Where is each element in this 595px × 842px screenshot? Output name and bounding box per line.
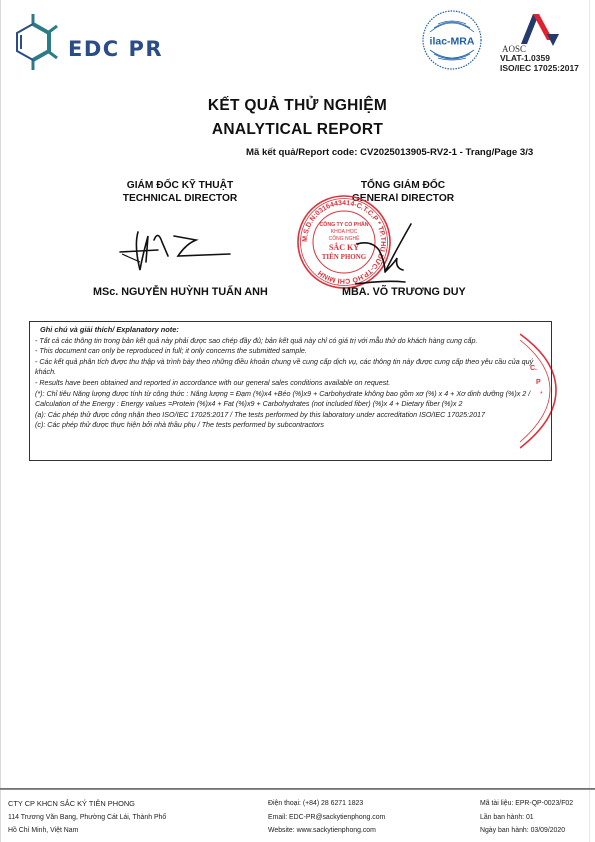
note-line: (a): Các phép thử được công nhận theo IS… — [35, 410, 546, 421]
email: Email: EDC-PR@sackytienphong.com — [268, 811, 385, 825]
title-vietnamese: KẾT QUẢ THỬ NGHIỆM — [0, 97, 595, 115]
footer-document-info: Mã tài liệu: EPR-QP-0023/F02 Lần ban hàn… — [480, 797, 573, 838]
technical-director-title: GIÁM ĐỐC KỸ THUẬT TECHNICAL DIRECTOR — [110, 179, 250, 205]
website: Website: www.sackytienphong.com — [268, 824, 385, 838]
company-logo: EDC PR — [10, 12, 180, 72]
title-vn: GIÁM ĐỐC KỸ THUẬT — [110, 179, 250, 192]
document-code: Mã tài liệu: EPR-QP-0023/F02 — [480, 797, 573, 811]
general-director-name: MBA. VÕ TRƯƠNG DUY — [342, 286, 466, 298]
explanatory-note-box: Ghi chú và giải thích/ Explanatory note:… — [29, 321, 552, 461]
logo-text: EDC PR — [68, 37, 163, 61]
report-code: Mã kết quả/Report code: CV2025013905-RV2… — [246, 147, 533, 158]
phone: Điện thoại: (+84) 28 6271 1823 — [268, 797, 385, 811]
accreditation-info: VLAT-1.0359 ISO/IEC 17025:2017 — [500, 54, 579, 73]
note-line: - Tất cả các thông tin trong bản kết quả… — [35, 336, 546, 347]
note-heading: Ghi chú và giải thích/ Explanatory note: — [35, 325, 546, 336]
company-address-line1: 114 Trương Văn Bang, Phường Cát Lái, Thà… — [8, 811, 166, 825]
ilac-mra-logo: ilac-MRA — [420, 8, 484, 72]
note-line: (*): Chỉ tiêu Năng lượng được tính từ cô… — [35, 389, 546, 410]
note-line: - Các kết quả phân tích được thu thập và… — [35, 357, 546, 378]
title-vn: TỔNG GIÁM ĐỐC — [333, 179, 473, 192]
svg-text:KHOA HỌC: KHOA HỌC — [331, 229, 358, 235]
technical-director-signature — [118, 226, 238, 274]
note-line: - Results have been obtained and reporte… — [35, 378, 546, 389]
note-line: (c): Các phép thử được thực hiện bởi nhà… — [35, 420, 546, 431]
footer-company: CTY CP KHCN SẮC KÝ TIÊN PHONG 114 Trương… — [8, 797, 166, 838]
accreditation-standard: ISO/IEC 17025:2017 — [500, 64, 579, 74]
footer-contact: Điện thoại: (+84) 28 6271 1823 Email: ED… — [268, 797, 385, 838]
title-english: ANALYTICAL REPORT — [0, 121, 595, 139]
company-address-line2: Hồ Chí Minh, Việt Nam — [8, 824, 166, 838]
note-line: - This document can only be reproduced i… — [35, 346, 546, 357]
title-en: TECHNICAL DIRECTOR — [110, 192, 250, 205]
issue-number: Lần ban hành: 01 — [480, 811, 573, 825]
general-director-signature — [355, 222, 445, 292]
technical-director-name: MSc. NGUYỄN HUỲNH TUẤN ANH — [93, 286, 268, 298]
hexagon-molecule-icon — [10, 12, 66, 72]
footer-divider — [0, 788, 595, 790]
svg-text:ilac-MRA: ilac-MRA — [430, 36, 475, 48]
issue-date: Ngày ban hành: 03/09/2020 — [480, 824, 573, 838]
company-name: CTY CP KHCN SẮC KÝ TIÊN PHONG — [8, 797, 166, 811]
